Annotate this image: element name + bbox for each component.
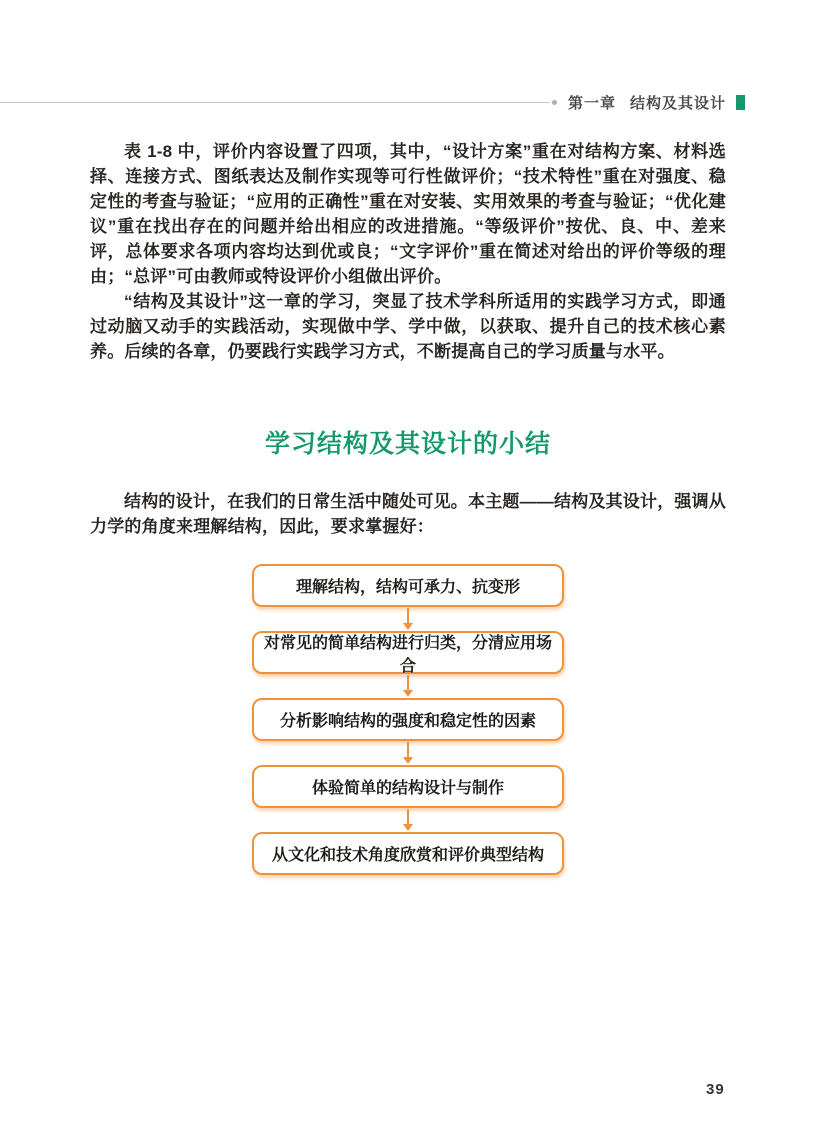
down-arrow-icon bbox=[252, 674, 564, 698]
textbook-page: 第一章 结构及其设计 表 1-8 中，评价内容设置了四项，其中，“设计方案”重在… bbox=[0, 0, 816, 1145]
section-heading: 学习结构及其设计的小结 bbox=[0, 424, 816, 460]
header-rule bbox=[0, 102, 550, 103]
down-arrow-icon bbox=[252, 741, 564, 765]
flow-box-1: 理解结构，结构可承力、抗变形 bbox=[252, 564, 564, 607]
intro-text-block: 结构的设计，在我们的日常生活中随处可见。本主题——结构及其设计，强调从力学的角度… bbox=[90, 489, 726, 539]
body-paragraph-1: 表 1-8 中，评价内容设置了四项，其中，“设计方案”重在对结构方案、材料选择、… bbox=[90, 139, 726, 289]
page-header: 第一章 结构及其设计 bbox=[0, 94, 745, 110]
flow-box-3: 分析影响结构的强度和稳定性的因素 bbox=[252, 698, 564, 741]
down-arrow-icon bbox=[252, 808, 564, 832]
flow-box-5: 从文化和技术角度欣赏和评价典型结构 bbox=[252, 832, 564, 875]
header-rule-dot-icon bbox=[552, 100, 557, 105]
body-text-block: 表 1-8 中，评价内容设置了四项，其中，“设计方案”重在对结构方案、材料选择、… bbox=[90, 139, 726, 364]
header-chapter-label: 第一章 bbox=[568, 92, 616, 113]
flow-box-2: 对常见的简单结构进行归类，分清应用场合 bbox=[252, 631, 564, 674]
flow-box-4: 体验简单的结构设计与制作 bbox=[252, 765, 564, 808]
body-paragraph-3: 结构的设计，在我们的日常生活中随处可见。本主题——结构及其设计，强调从力学的角度… bbox=[90, 489, 726, 539]
header-chapter-title: 结构及其设计 bbox=[630, 92, 726, 113]
body-paragraph-2: “结构及其设计”这一章的学习，突显了技术学科所适用的实践学习方式，即通过动脑又动… bbox=[90, 289, 726, 364]
down-arrow-icon bbox=[252, 607, 564, 631]
summary-flowchart: 理解结构，结构可承力、抗变形 对常见的简单结构进行归类，分清应用场合 分析影响结… bbox=[252, 564, 564, 875]
chapter-marker-bar-icon bbox=[736, 95, 745, 110]
page-number: 39 bbox=[706, 1081, 725, 1098]
